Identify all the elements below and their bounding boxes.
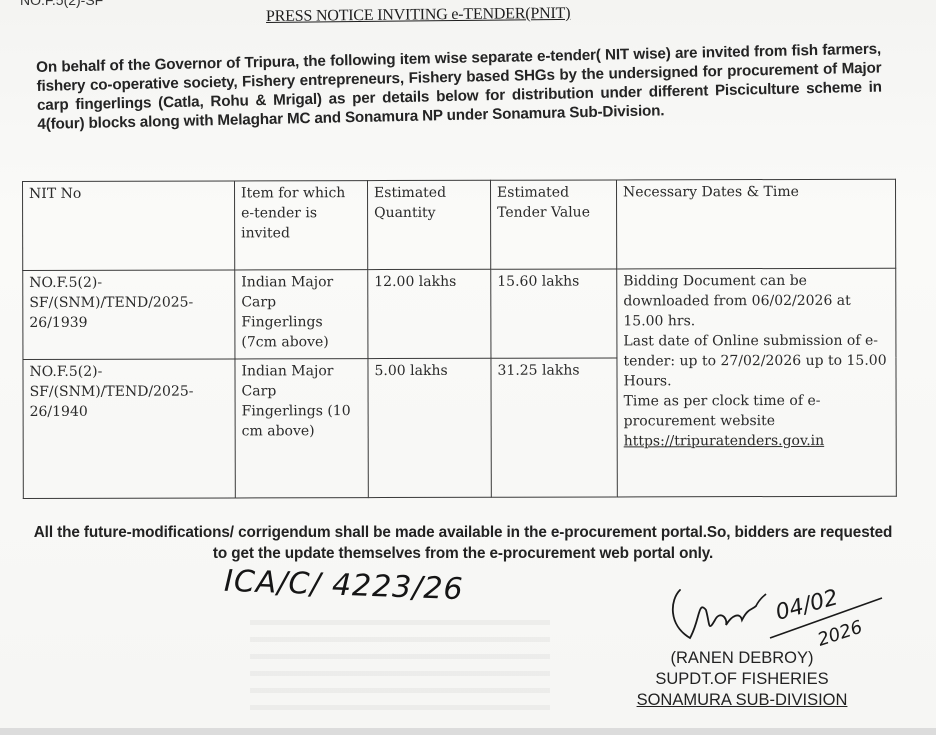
header-nit-no: NIT No xyxy=(23,181,235,271)
signatory-office: SONAMURA SUB-DIVISION xyxy=(612,690,872,711)
nit-number: NO.F.5(2)-SF/(SNM)/TEND/2025-26/1939 xyxy=(23,270,235,360)
tender-portal-link[interactable]: https://tripuratenders.gov.in xyxy=(624,431,890,452)
table-row: NO.F.5(2)-SF/(SNM)/TEND/2025-26/1939 Ind… xyxy=(23,268,896,359)
estimated-value: 31.25 lakhs xyxy=(491,358,617,497)
bleed-through-text xyxy=(250,608,550,718)
clock-note: Time as per clock time of e-procurement … xyxy=(624,391,890,432)
svg-text:2026: 2026 xyxy=(815,617,865,650)
signatory-block: (RANEN DEBROY) SUPDT.OF FISHERIES SONAMU… xyxy=(612,648,872,711)
download-date: Bidding Document can be downloaded from … xyxy=(623,271,889,332)
notice-page: NO.F.5(2)-SF PRESS NOTICE INVITING e-TEN… xyxy=(0,0,936,728)
tender-table: NIT No Item for which e-tender is invite… xyxy=(22,179,897,499)
nit-number: NO.F.5(2)-SF/(SNM)/TEND/2025-26/1940 xyxy=(23,359,235,499)
estimated-quantity: 12.00 lakhs xyxy=(368,269,491,358)
dates-cell: Bidding Document can be downloaded from … xyxy=(617,268,897,497)
header-dates: Necessary Dates & Time xyxy=(616,179,895,269)
signatory-designation: SUPDT.OF FISHERIES xyxy=(612,669,872,690)
notice-title: PRESS NOTICE INVITING e-TENDER(PNIT) xyxy=(266,5,570,26)
estimated-value: 15.60 lakhs xyxy=(491,269,617,358)
cut-off-header-text: NO.F.5(2)-SF xyxy=(20,0,103,8)
table-header-row: NIT No Item for which e-tender is invite… xyxy=(23,179,896,270)
handwritten-reference-number: ICA/C/ 4223/26 xyxy=(223,564,464,607)
svg-text:04/02: 04/02 xyxy=(773,585,841,626)
item-description: Indian Major Carp Fingerlings (10 cm abo… xyxy=(235,359,368,498)
item-description: Indian Major Carp Fingerlings (7cm above… xyxy=(235,270,368,359)
header-quantity: Estimated Quantity xyxy=(368,180,491,269)
signature-icon: 04/02 2026 xyxy=(660,580,890,650)
estimated-quantity: 5.00 lakhs xyxy=(368,358,491,497)
last-submission-date: Last date of Online submission of e-tend… xyxy=(623,331,889,392)
bottom-border xyxy=(0,728,936,735)
header-value: Estimated Tender Value xyxy=(490,180,616,269)
signatory-name: (RANEN DEBROY) xyxy=(612,648,872,669)
footer-note: All the future-modifications/ corrigendu… xyxy=(30,522,896,564)
header-item: Item for which e-tender is invited xyxy=(235,181,368,270)
intro-paragraph: On behalf of the Governor of Tripura, th… xyxy=(36,40,882,134)
